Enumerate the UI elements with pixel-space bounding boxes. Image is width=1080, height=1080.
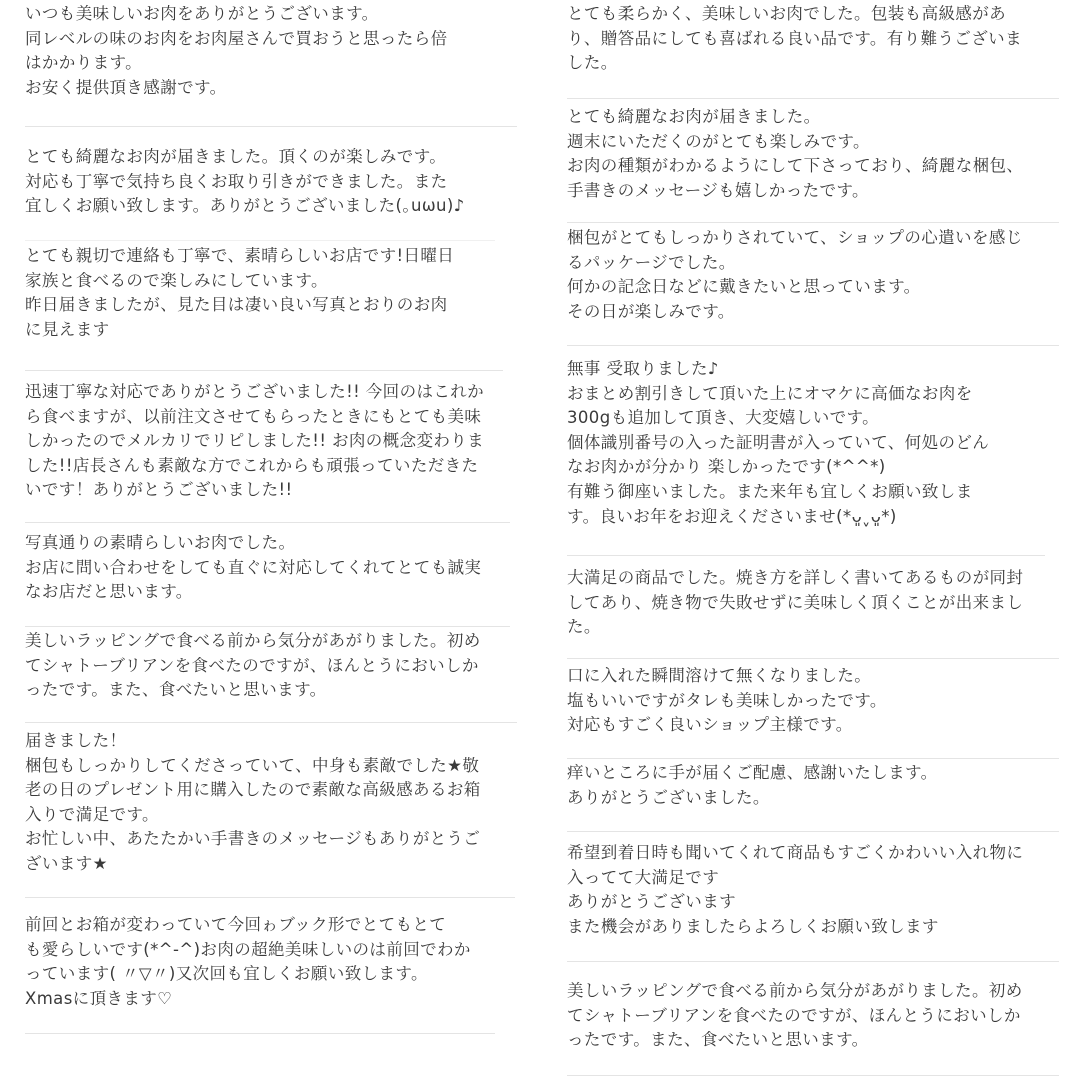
review-item: とても綺麗なお肉が届きました。頂くのが楽しみです。 対応も丁寧で気持ち良くお取り… [25,145,517,219]
divider [25,897,515,898]
review-line: 無事 受取りました♪ [567,357,1059,382]
divider [25,626,510,627]
review-line: おまとめ割引きして頂いた上にオマケに高価なお肉を [567,382,1059,407]
review-line: ら食べますが、以前注文させてもらったときにもとても美味 [25,405,517,430]
review-item: 梱包がとてもしっかりされていて、ショップの心遣いを感じ るパッケージでした。 何… [567,226,1059,324]
review-line: ったです。また、食べたいと思います。 [567,1028,1059,1053]
review-line: 梱包もしっかりしてくださっていて、中身も素敵でした★敬 [25,754,517,779]
review-line: いです！ありがとうございました!! [25,478,517,503]
review-item: とても綺麗なお肉が届きました。 週末にいただくのがとても楽しみです。 お肉の種類… [567,105,1059,203]
review-line: とても親切で連絡も丁寧で、素晴らしいお店です!日曜日 [25,244,517,269]
review-line: てシャトーブリアンを食べたのですが、ほんとうにおいしか [567,1004,1059,1029]
divider [567,98,1059,99]
review-line: 対応も丁寧で気持ち良くお取り引きができました。また [25,170,517,195]
divider [567,961,1059,962]
review-line: 塩もいいですがタレも美味しかったです。 [567,689,1059,714]
review-line: ありがとうございました。 [567,786,1059,811]
review-line: 週末にいただくのがとても楽しみです。 [567,130,1059,155]
review-line: 痒いところに手が届くご配慮、感謝いたします。 [567,761,1059,786]
review-line: お店に問い合わせをしても直ぐに対応してくれてとても誠実 [25,556,517,581]
review-line: 宜しくお願い致します。ありがとうございました(｡uωu)♪ [25,194,517,219]
review-line: 何かの記念日などに戴きたいと思っています。 [567,275,1059,300]
review-line: に見えます [25,318,517,343]
review-line: 昨日届きましたが、見た目は凄い良い写真とおりのお肉 [25,293,517,318]
review-line: るパッケージでした。 [567,251,1059,276]
review-line: 希望到着日時も聞いてくれて商品もすごくかわいい入れ物に [567,841,1059,866]
review-line: 入ってて大満足です [567,866,1059,891]
review-line: 口に入れた瞬間溶けて無くなりました。 [567,664,1059,689]
divider [567,222,1059,223]
review-line: その日が楽しみです。 [567,300,1059,325]
review-item: 美しいラッピングで食べる前から気分があがりました。初め てシャトーブリアンを食べ… [567,979,1059,1053]
review-line: 美しいラッピングで食べる前から気分があがりました。初め [25,629,517,654]
review-line: 同レベルの味のお肉をお肉屋さんで買おうと思ったら倍 [25,27,517,52]
review-line: 届きました！ [25,729,517,754]
review-item: 口に入れた瞬間溶けて無くなりました。 塩もいいですがタレも美味しかったです。 対… [567,664,1059,738]
review-item: 前回とお箱が変わっていて今回ゎブック形でとてもとて も愛らしいです(*^-^)お… [25,913,517,1011]
review-item: 美しいラッピングで食べる前から気分があがりました。初め てシャトーブリアンを食べ… [25,629,517,703]
review-line: なお店だと思います。 [25,580,517,605]
review-line: とても柔らかく、美味しいお肉でした。包装も高級感があ [567,2,1059,27]
divider [25,1033,495,1034]
review-line: 迅速丁寧な対応でありがとうございました!! 今回のはこれか [25,380,517,405]
review-item: 写真通りの素晴らしいお肉でした。 お店に問い合わせをしても直ぐに対応してくれてと… [25,531,517,605]
review-line: 手書きのメッセージも嬉しかったです。 [567,179,1059,204]
review-line: とても綺麗なお肉が届きました。 [567,105,1059,130]
review-line: も愛らしいです(*^-^)お肉の超絶美味しいのは前回でわか [25,938,517,963]
divider [567,831,1059,832]
divider [567,1075,1059,1076]
review-line: 300gも追加して頂き、大変嬉しいです。 [567,406,1059,431]
review-line: っています( 〃▽〃)又次回も宜しくお願い致します。 [25,962,517,987]
review-item: 無事 受取りました♪ おまとめ割引きして頂いた上にオマケに高価なお肉を 300g… [567,357,1059,529]
divider [25,126,517,127]
review-line: 梱包がとてもしっかりされていて、ショップの心遣いを感じ [567,226,1059,251]
divider [567,555,1045,556]
divider [567,758,1059,759]
review-line: 対応もすごく良いショップ主様です。 [567,713,1059,738]
review-item: 大満足の商品でした。焼き方を詳しく書いてあるものが同封 してあり、焼き物で失敗せ… [567,566,1059,640]
review-line: 大満足の商品でした。焼き方を詳しく書いてあるものが同封 [567,566,1059,591]
review-line: お肉の種類がわかるようにして下さっており、綺麗な梱包、 [567,154,1059,179]
review-line: 老の日のプレゼント用に購入したので素敵な高級感あるお箱 [25,778,517,803]
review-line: てシャトーブリアンを食べたのですが、ほんとうにおいしか [25,654,517,679]
review-line: お忙しい中、あたたかい手書きのメッセージもありがとうご [25,827,517,852]
review-line: なお肉かが分かり 楽しかったです(*^^*) [567,455,1059,480]
review-line: した!!店長さんも素敵な方でこれからも頑張っていただきた [25,454,517,479]
review-line: ざいます★ [25,852,517,877]
divider [25,522,510,523]
review-line: はかかります。 [25,51,517,76]
review-line: ありがとうございます [567,890,1059,915]
review-item: とても柔らかく、美味しいお肉でした。包装も高級感があ り、贈答品にしても喜ばれる… [567,2,1059,76]
review-line: 美しいラッピングで食べる前から気分があがりました。初め [567,979,1059,1004]
review-line: いつも美味しいお肉をありがとうございます。 [25,2,517,27]
review-line: 個体識別番号の入った証明書が入っていて、何処のどん [567,431,1059,456]
review-line: り、贈答品にしても喜ばれる良い品です。有り難うございま [567,27,1059,52]
review-item: 痒いところに手が届くご配慮、感謝いたします。 ありがとうございました。 [567,761,1059,810]
review-line: ったです。また、食べたいと思います。 [25,678,517,703]
review-item: とても親切で連絡も丁寧で、素晴らしいお店です!日曜日 家族と食べるので楽しみにし… [25,244,517,342]
review-item: 迅速丁寧な対応でありがとうございました!! 今回のはこれか ら食べますが、以前注… [25,380,517,503]
review-line: 前回とお箱が変わっていて今回ゎブック形でとてもとて [25,913,517,938]
review-line: また機会がありましたらよろしくお願い致します [567,915,1059,940]
divider [25,722,517,723]
review-line: た。 [567,615,1059,640]
review-item: いつも美味しいお肉をありがとうございます。 同レベルの味のお肉をお肉屋さんで買お… [25,2,517,100]
review-line: 有難う御座いました。また来年も宜しくお願い致しま [567,480,1059,505]
review-line: 写真通りの素晴らしいお肉でした。 [25,531,517,556]
review-line: Xmasに頂きます♡ [25,987,517,1012]
review-line: お安く提供頂き感謝です。 [25,76,517,101]
review-line: とても綺麗なお肉が届きました。頂くのが楽しみです。 [25,145,517,170]
review-line: 家族と食べるので楽しみにしています。 [25,269,517,294]
review-item: 希望到着日時も聞いてくれて商品もすごくかわいい入れ物に 入ってて大満足です あり… [567,841,1059,939]
review-line: した。 [567,51,1059,76]
review-line: す。良いお年をお迎えくださいませ(*ᴗ͈ˬᴗ͈*) [567,505,1059,530]
review-line: しかったのでメルカリでリピしました!! お肉の概念変わりま [25,429,517,454]
divider [567,345,1059,346]
review-item: 届きました！ 梱包もしっかりしてくださっていて、中身も素敵でした★敬 老の日のプ… [25,729,517,877]
divider [25,370,503,371]
divider [567,658,1059,659]
review-line: してあり、焼き物で失敗せずに美味しく頂くことが出来まし [567,591,1059,616]
divider [25,240,495,241]
review-line: 入りで満足です。 [25,803,517,828]
